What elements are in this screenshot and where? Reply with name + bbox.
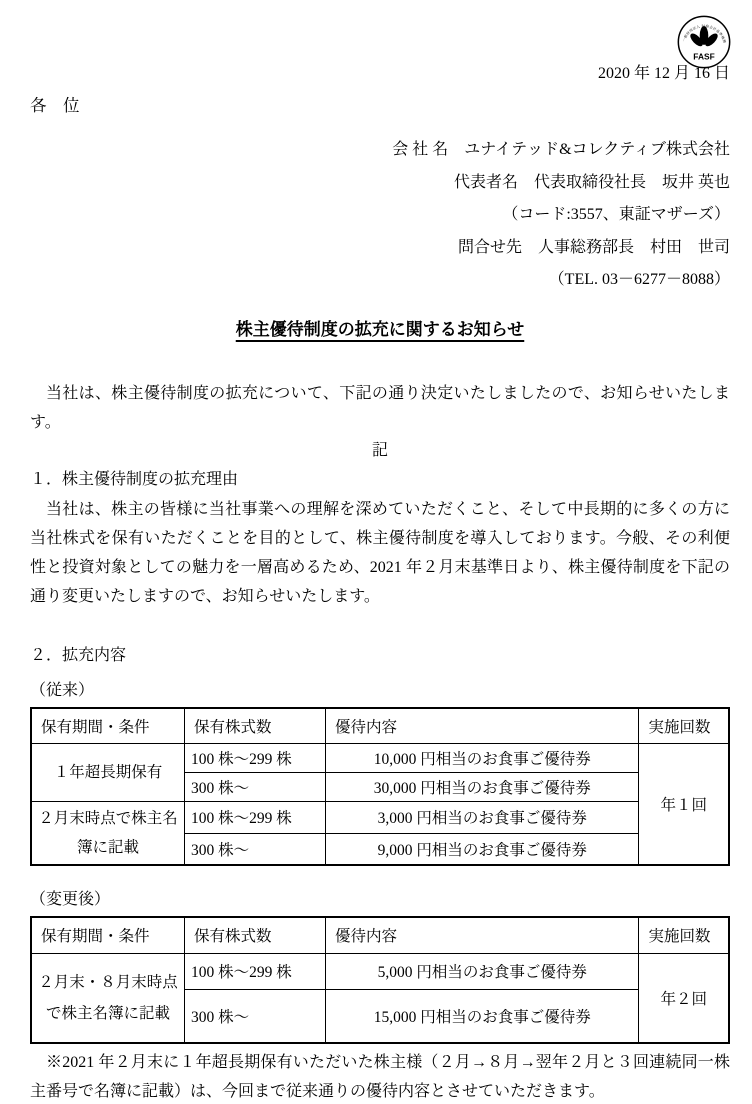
header-frequency: 実施回数 [639,708,729,744]
contact-line: 問合せ先 人事総務部長 村田 世司 [30,232,730,265]
header-benefit-detail: 優待内容 [326,917,639,953]
shares-cell: 300 株～ [185,989,326,1043]
table-header-row: 保有期間・条件 保有株式数 優待内容 実施回数 [31,708,729,744]
notation-mark: 記 [30,437,730,465]
intro-paragraph: 当社は、株主優待制度の拡充について、下記の通り決定いたしましたので、お知らせいた… [30,379,730,437]
condition-registry-revised: ２月末・８月末時点で株主名簿に記載 [31,953,185,1043]
shares-cell: 300 株～ [185,833,326,865]
revised-benefit-table: 保有期間・条件 保有株式数 優待内容 実施回数 ２月末・８月末時点で株主名簿に記… [30,916,730,1044]
table-caption-revised: （変更後） [30,886,730,914]
benefit-cell: 5,000 円相当のお食事ご優待券 [326,953,639,989]
frequency-cell: 年２回 [639,953,729,1043]
shares-cell: 300 株～ [185,773,326,802]
document-date: 2020 年 12 月 16 日 [30,62,730,86]
fasf-label: FASF [693,51,714,61]
document-page: 一般財団法人 財務会計基準機構 会員 FASF 2020 年 12 月 16 日… [0,0,752,1104]
section2-heading: ２．拡充内容 [30,641,730,671]
table-row: １年超長期保有 100 株～299 株 10,000 円相当のお食事ご優待券 年… [31,744,729,773]
condition-registry: ２月末時点で株主名簿に記載 [31,802,185,866]
section1-body: 当社は、株主の皆様に当社事業への理解を深めていただくこと、そして中長期的に多くの… [30,495,730,611]
section1-heading: １．株主優待制度の拡充理由 [30,465,730,495]
stock-code-line: （コード:3557、東証マザーズ） [30,199,730,232]
header-benefit-detail: 優待内容 [326,708,639,744]
header-holding-condition: 保有期間・条件 [31,708,185,744]
representative-line: 代表者名 代表取締役社長 坂井 英也 [30,167,730,200]
header-holding-condition: 保有期間・条件 [31,917,185,953]
company-info-block: 会 社 名 ユナイテッド&コレクティブ株式会社 代表者名 代表取締役社長 坂井 … [30,134,730,297]
footnote: ※2021 年２月末に１年超長期保有いただいた株主様（２月→８月→翌年２月と３回… [30,1048,730,1104]
fasf-logo-icon: 一般財団法人 財務会計基準機構 会員 FASF [676,14,732,70]
company-name-line: 会 社 名 ユナイテッド&コレクティブ株式会社 [30,134,730,167]
benefit-cell: 30,000 円相当のお食事ご優待券 [326,773,639,802]
document-title-text: 株主優待制度の拡充に関するお知らせ [236,320,525,339]
shares-cell: 100 株～299 株 [185,802,326,834]
header-shares-held: 保有株式数 [185,708,326,744]
table-row: ２月末時点で株主名簿に記載 100 株～299 株 3,000 円相当のお食事ご… [31,802,729,834]
shares-cell: 100 株～299 株 [185,744,326,773]
benefit-cell: 9,000 円相当のお食事ご優待券 [326,833,639,865]
condition-long-term: １年超長期保有 [31,744,185,802]
benefit-cell: 10,000 円相当のお食事ご優待券 [326,744,639,773]
table-row: ２月末・８月末時点で株主名簿に記載 100 株～299 株 5,000 円相当の… [31,953,729,989]
header-shares-held: 保有株式数 [185,917,326,953]
document-title: 株主優待制度の拡充に関するお知らせ [30,317,730,343]
table-caption-previous: （従来） [30,677,730,705]
benefit-cell: 3,000 円相当のお食事ご優待券 [326,802,639,834]
benefit-cell: 15,000 円相当のお食事ご優待券 [326,989,639,1043]
frequency-cell: 年１回 [639,744,729,866]
telephone-line: （TEL. 03－6277－8088） [30,264,730,297]
header-frequency: 実施回数 [639,917,729,953]
shares-cell: 100 株～299 株 [185,953,326,989]
previous-benefit-table: 保有期間・条件 保有株式数 優待内容 実施回数 １年超長期保有 100 株～29… [30,707,730,867]
table-header-row: 保有期間・条件 保有株式数 優待内容 実施回数 [31,917,729,953]
recipient: 各 位 [30,94,730,118]
